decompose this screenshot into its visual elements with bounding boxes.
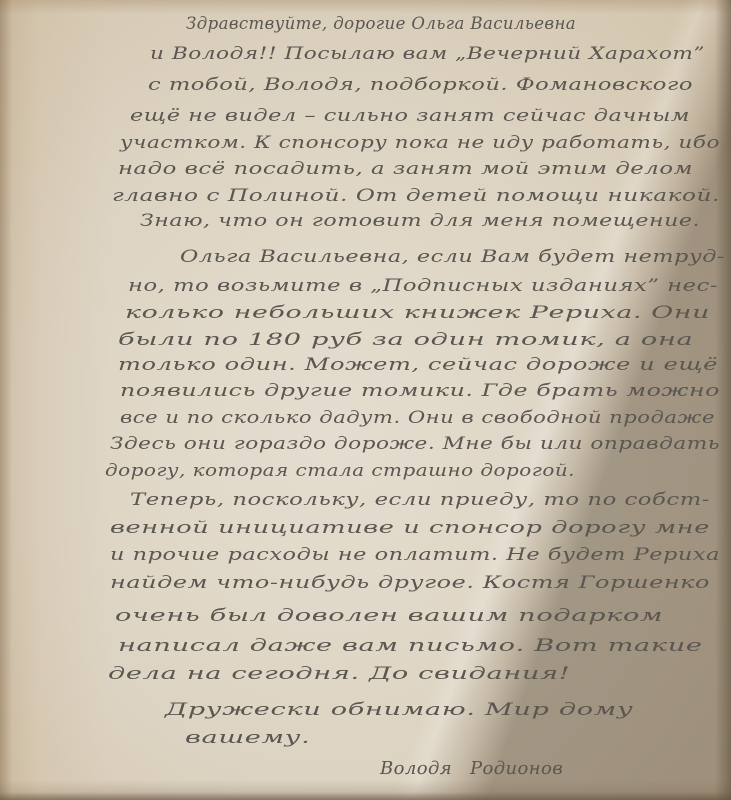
letter-line-4: ещё не видел – сильно занят сейчас дачны… bbox=[130, 106, 690, 126]
letter-line-26: вашему. bbox=[185, 728, 310, 748]
letter-line-5: участком. К спонсору пока не иду работат… bbox=[120, 133, 720, 153]
letter-line-22: очень был доволен вашим подарком bbox=[115, 606, 663, 626]
letter-line-20: и прочие расходы не оплатит. Не будет Ре… bbox=[110, 545, 720, 565]
letter-line-18: Теперь, поскольку, если приеду, то по со… bbox=[130, 490, 710, 510]
letter-line-12: были по 180 руб за один томик, а она bbox=[118, 330, 693, 350]
letter-line-21: найдем что-нибудь другое. Костя Горшенко bbox=[110, 573, 710, 593]
letter-line-23: написал даже вам письмо. Вот такие bbox=[118, 636, 703, 656]
letter-line-16: Здесь они гораздо дороже. Мне бы или опр… bbox=[110, 434, 720, 454]
letter-line-15: все и по сколько дадут. Они в свободной … bbox=[120, 408, 715, 428]
letter-line-11: колько небольших книжек Рериха. Они bbox=[125, 303, 710, 323]
letter-line-2: и Володя!! Посылаю вам „Вечерний Харахот… bbox=[150, 44, 705, 64]
letter-line-19: венной инициативе и спонсор дорогу мне bbox=[110, 518, 710, 538]
letter-line-24: дела на сегодня. До свидания! bbox=[108, 664, 570, 684]
letter-line-1: Здравствуйте, дорогие Ольга Васильевна bbox=[186, 14, 576, 34]
signature-last-name: Родионов bbox=[470, 758, 563, 779]
letter-line-6: надо всё посадить, а занят мой этим дело… bbox=[118, 159, 693, 179]
letter-line-17: дорогу, которая стала страшно дорогой. bbox=[105, 461, 575, 481]
letter-line-13: только один. Может, сейчас дороже и ещё bbox=[118, 355, 718, 375]
letter-line-25: Дружески обнимаю. Мир дому bbox=[165, 700, 633, 720]
letter-line-9: Ольга Васильевна, если Вам будет нетруд- bbox=[180, 247, 725, 267]
letter-line-3: с тобой, Володя, подборкой. Фомановского bbox=[148, 75, 693, 95]
signature-first-name: Володя bbox=[380, 758, 452, 779]
letter-line-8: Знаю, что он готовит для меня помещение. bbox=[140, 211, 700, 231]
letter-line-10: но, то возьмите в „Подписных изданиях” н… bbox=[128, 276, 718, 296]
letter-line-7: главно с Полиной. От детей помощи никако… bbox=[112, 186, 720, 206]
letter-line-14: появились другие томики. Где брать можно bbox=[120, 381, 720, 401]
handwritten-letter: Здравствуйте, дорогие Ольга Васильевна и… bbox=[0, 0, 731, 800]
